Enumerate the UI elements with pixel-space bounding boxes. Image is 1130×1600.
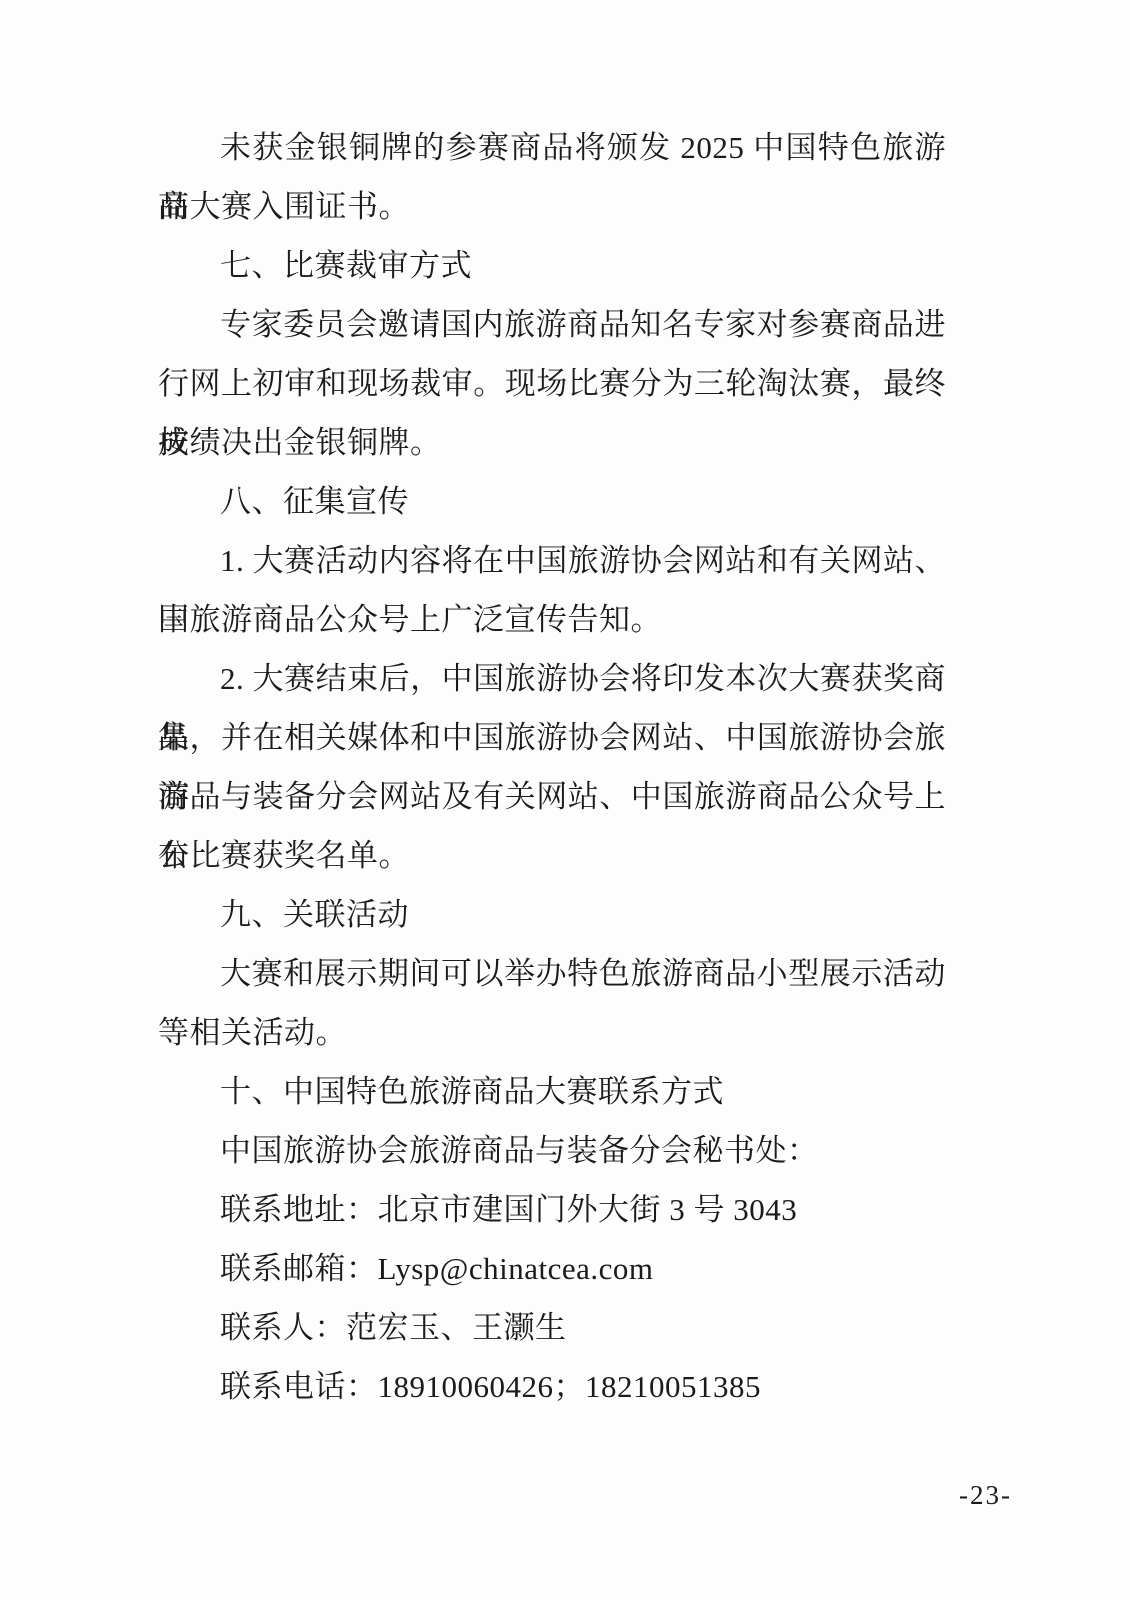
text-line: 2. 大赛结束后，中国旅游协会将印发本次大赛获奖商品: [158, 649, 946, 708]
document-page: 未获金银铜牌的参赛商品将颁发 2025 中国特色旅游商品大赛入围证书。七、比赛裁…: [0, 0, 1130, 1600]
text-line: 联系电话：18910060426；18210051385: [158, 1357, 946, 1416]
text-line: 联系人：范宏玉、王灏生: [158, 1298, 946, 1357]
text-line: 行网上初审和现场裁审。现场比赛分为三轮淘汰赛，最终按: [158, 354, 946, 413]
document-body: 未获金银铜牌的参赛商品将颁发 2025 中国特色旅游商品大赛入围证书。七、比赛裁…: [158, 118, 946, 1416]
text-line: 品大赛入围证书。: [158, 177, 946, 236]
text-line: 集，并在相关媒体和中国旅游协会网站、中国旅游协会旅游: [158, 708, 946, 767]
text-line: 等相关活动。: [158, 1003, 946, 1062]
text-line: 中国旅游协会旅游商品与装备分会秘书处：: [158, 1121, 946, 1180]
text-line: 未获金银铜牌的参赛商品将颁发 2025 中国特色旅游商: [158, 118, 946, 177]
section-heading: 七、比赛裁审方式: [158, 236, 946, 295]
text-line: 联系地址：北京市建国门外大街 3 号 3043: [158, 1180, 946, 1239]
page-number: -23-: [959, 1480, 1012, 1511]
text-line: 专家委员会邀请国内旅游商品知名专家对参赛商品进: [158, 295, 946, 354]
text-line: 布比赛获奖名单。: [158, 826, 946, 885]
section-heading: 九、关联活动: [158, 885, 946, 944]
text-line: 1. 大赛活动内容将在中国旅游协会网站和有关网站、中: [158, 531, 946, 590]
section-heading: 十、中国特色旅游商品大赛联系方式: [158, 1062, 946, 1121]
section-heading: 八、征集宣传: [158, 472, 946, 531]
text-line: 联系邮箱：Lysp@chinatcea.com: [158, 1239, 946, 1298]
text-line: 成绩决出金银铜牌。: [158, 413, 946, 472]
text-line: 商品与装备分会网站及有关网站、中国旅游商品公众号上公: [158, 767, 946, 826]
text-line: 国旅游商品公众号上广泛宣传告知。: [158, 590, 946, 649]
text-line: 大赛和展示期间可以举办特色旅游商品小型展示活动: [158, 944, 946, 1003]
